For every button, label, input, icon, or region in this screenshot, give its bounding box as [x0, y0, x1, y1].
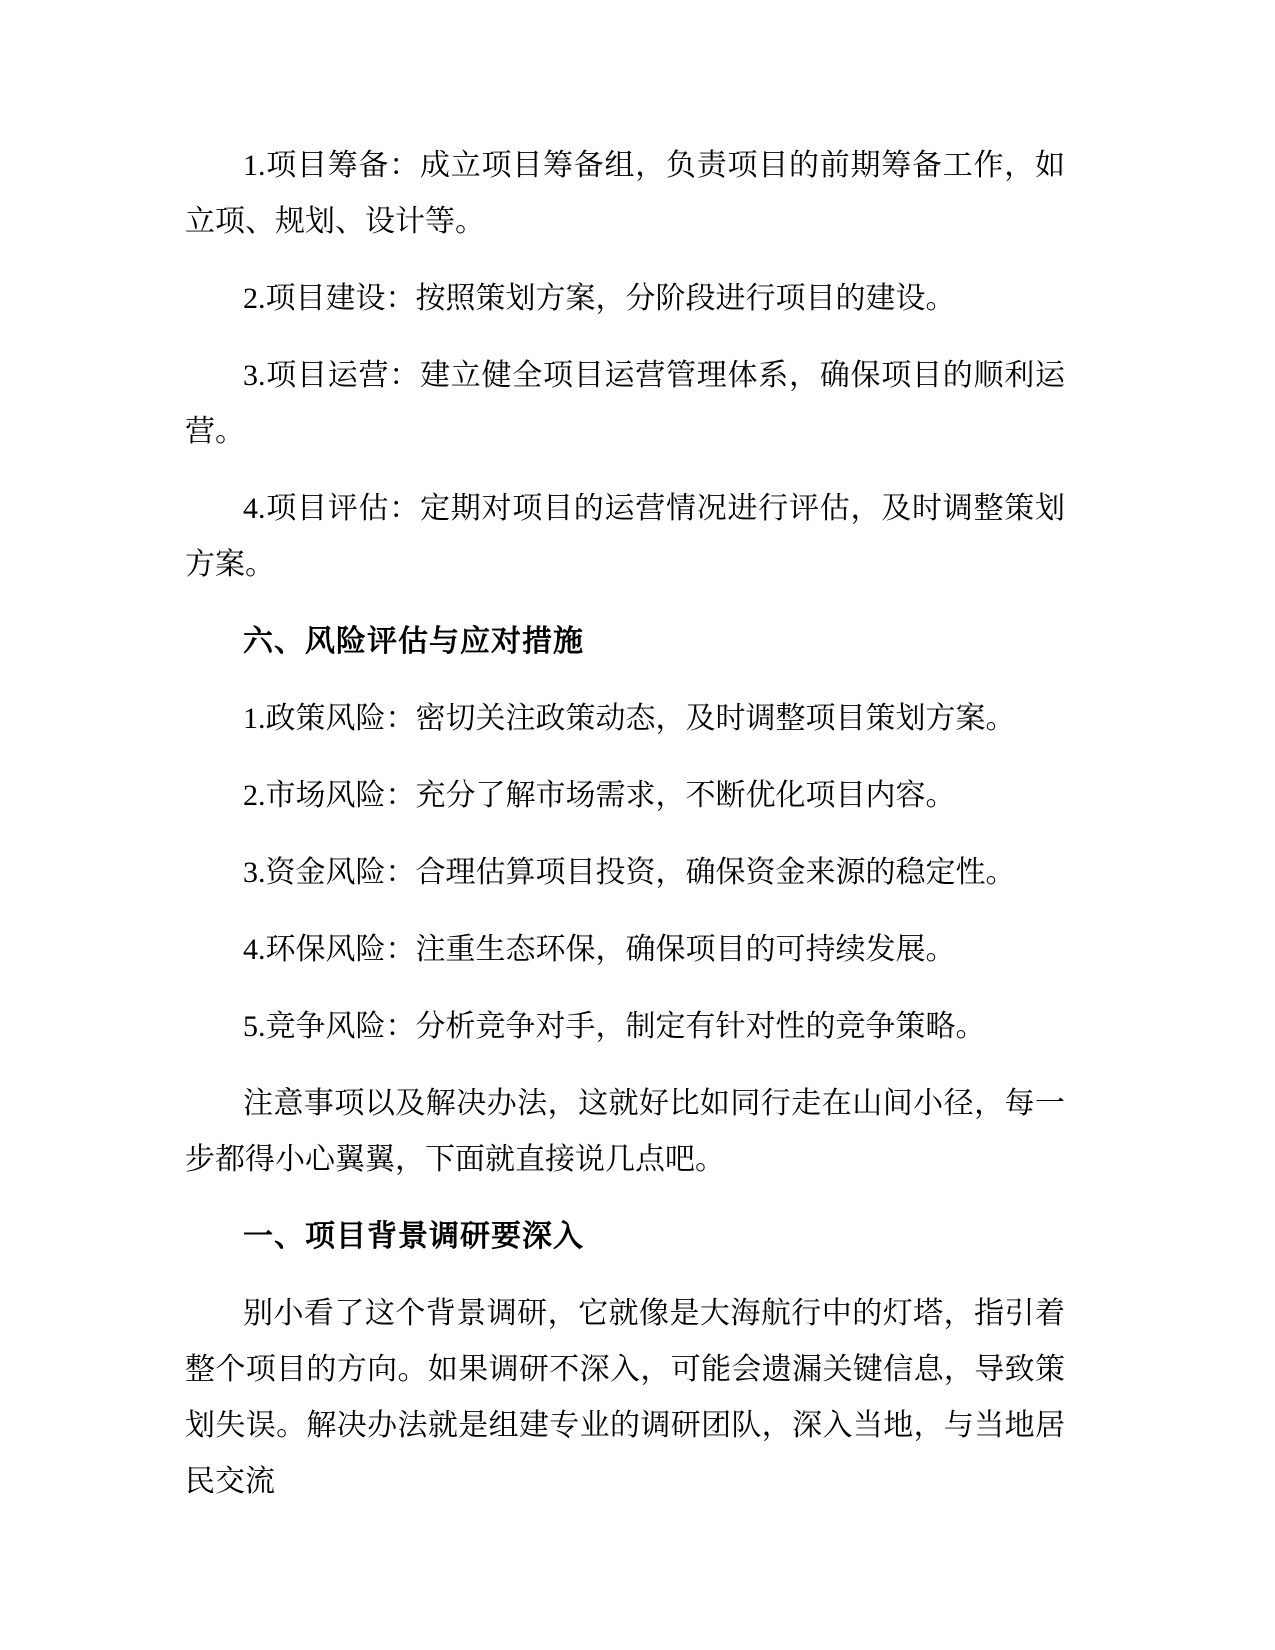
risk-item-environment: 4.环保风险：注重生态环保，确保项目的可持续发展。	[185, 922, 1065, 978]
implementation-step-4: 4.项目评估：定期对项目的运营情况进行评估，及时调整策划方案。	[185, 481, 1065, 593]
implementation-step-1: 1.项目筹备：成立项目筹备组，负责项目的前期筹备工作，如立项、规划、设计等。	[185, 138, 1065, 250]
document-page: 1.项目筹备：成立项目筹备组，负责项目的前期筹备工作，如立项、规划、设计等。 2…	[0, 0, 1275, 1650]
section-heading-background-research: 一、项目背景调研要深入	[185, 1209, 1065, 1265]
background-research-paragraph: 别小看了这个背景调研，它就像是大海航行中的灯塔，指引着整个项目的方向。如果调研不…	[185, 1286, 1065, 1510]
risk-item-funding: 3.资金风险：合理估算项目投资，确保资金来源的稳定性。	[185, 845, 1065, 901]
implementation-step-3: 3.项目运营：建立健全项目运营管理体系，确保项目的顺利运营。	[185, 348, 1065, 460]
section-heading-risk-assessment: 六、风险评估与应对措施	[185, 614, 1065, 670]
notes-intro-paragraph: 注意事项以及解决办法，这就好比如同行走在山间小径，每一步都得小心翼翼，下面就直接…	[185, 1076, 1065, 1188]
risk-item-policy: 1.政策风险：密切关注政策动态，及时调整项目策划方案。	[185, 691, 1065, 747]
risk-item-competition: 5.竞争风险：分析竞争对手，制定有针对性的竞争策略。	[185, 999, 1065, 1055]
implementation-step-2: 2.项目建设：按照策划方案，分阶段进行项目的建设。	[185, 271, 1065, 327]
risk-item-market: 2.市场风险：充分了解市场需求，不断优化项目内容。	[185, 768, 1065, 824]
